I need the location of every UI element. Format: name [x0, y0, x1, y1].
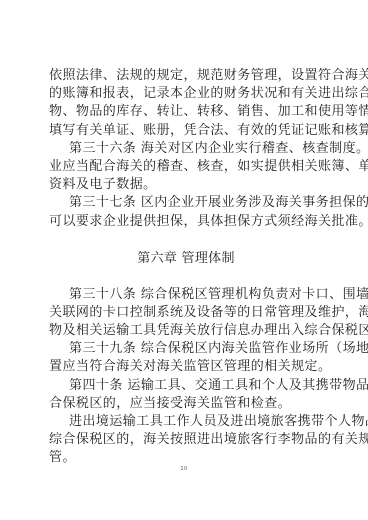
article-40-clause-2: 进出境运输工具工作人员及进出境旅客携带个人物品进出 综合保税区的，海关按照进出境…	[49, 413, 323, 468]
text-line: 的账簿和报表，记录本企业的财务状况和有关进出综合保税区货	[49, 85, 323, 103]
document-body: 依照法律、法规的规定，规范财务管理，设置符合海关监管要求 的账簿和报表，记录本企…	[49, 67, 323, 468]
text-line: 资料及电子数据。	[49, 176, 323, 194]
article-37: 第三十七条 区内企业开展业务涉及海关事务担保的，海关 可以要求企业提供担保，具体…	[49, 194, 323, 230]
text-line: 进出境运输工具工作人员及进出境旅客携带个人物品进出	[49, 413, 323, 431]
document-page: 依照法律、法规的规定，规范财务管理，设置符合海关监管要求 的账簿和报表，记录本企…	[0, 0, 368, 520]
text-line: 管。	[49, 449, 323, 467]
article-36: 第三十六条 海关对区内企业实行稽查、核查制度。区内企 业应当配合海关的稽查、核查…	[49, 140, 323, 195]
text-line: 综合保税区的，海关按照进出境旅客行李物品的有关规定进行监	[49, 431, 323, 449]
text-line: 置应当符合海关对海关监管区管理的相关规定。	[49, 358, 323, 376]
article-39: 第三十九条 综合保税区内海关监管作业场所（场地）的设 置应当符合海关对海关监管区…	[49, 340, 323, 376]
paragraph-financial-records: 依照法律、法规的规定，规范财务管理，设置符合海关监管要求 的账簿和报表，记录本企…	[49, 67, 323, 140]
page-number: 10	[0, 466, 368, 472]
text-line: 物及相关运输工具凭海关放行信息办理出入综合保税区手续。	[49, 322, 323, 340]
chapter-title: 第六章 管理体制	[49, 250, 323, 268]
article-40: 第四十条 运输工具、交通工具和个人及其携带物品进出综 合保税区的，应当接受海关监…	[49, 377, 323, 413]
text-line: 合保税区的，应当接受海关监管和检查。	[49, 395, 323, 413]
text-line: 第三十九条 综合保税区内海关监管作业场所（场地）的设	[49, 340, 323, 358]
text-line: 填写有关单证、账册，凭合法、有效的凭证记账和核算。	[49, 122, 323, 140]
text-line: 第三十七条 区内企业开展业务涉及海关事务担保的，海关	[49, 194, 323, 212]
article-38: 第三十八条 综合保税区管理机构负责对卡口、围墙、与海 关联网的卡口控制系统及设备…	[49, 286, 323, 341]
text-line: 关联网的卡口控制系统及设备等的日常管理及维护，海关监管货	[49, 304, 323, 322]
text-line: 物、物品的库存、转让、转移、销售、加工和使用等情况，如实	[49, 103, 323, 121]
text-line: 第三十六条 海关对区内企业实行稽查、核查制度。区内企	[49, 140, 323, 158]
text-line: 第四十条 运输工具、交通工具和个人及其携带物品进出综	[49, 377, 323, 395]
text-line: 第三十八条 综合保税区管理机构负责对卡口、围墙、与海	[49, 286, 323, 304]
text-line: 依照法律、法规的规定，规范财务管理，设置符合海关监管要求	[49, 67, 323, 85]
text-line: 业应当配合海关的稽查、核查，如实提供相关账簿、单证等有关	[49, 158, 323, 176]
text-line: 可以要求企业提供担保，具体担保方式须经海关批准。	[49, 213, 323, 231]
